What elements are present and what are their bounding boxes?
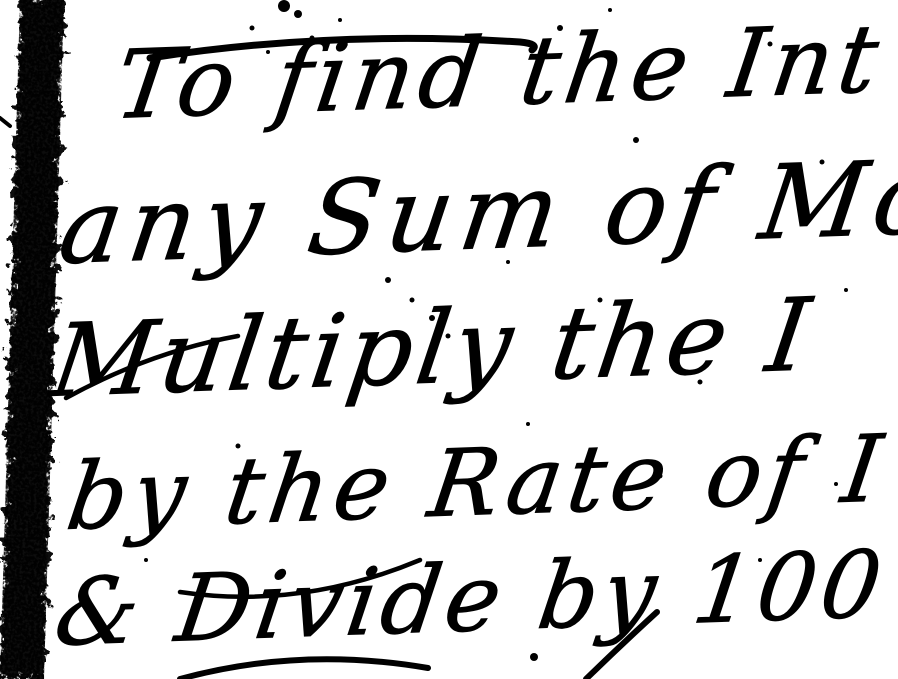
- clipped-line-fragment: [180, 659, 428, 679]
- clipped-line-fragment: [530, 653, 538, 661]
- handwritten-line-4: by the Rate of I: [62, 423, 892, 544]
- handwritten-line-1: To find the Int: [110, 13, 889, 134]
- manuscript-scan-page: To find the Int any Sum of Mon Multiply …: [0, 0, 898, 679]
- ink-speck: [0, 118, 10, 126]
- handwritten-line-2: any Sum of Mon: [54, 144, 898, 280]
- handwritten-line-3: Multiply the I: [46, 285, 820, 412]
- handwritten-line-5: & Divide by 100 =: [50, 534, 898, 660]
